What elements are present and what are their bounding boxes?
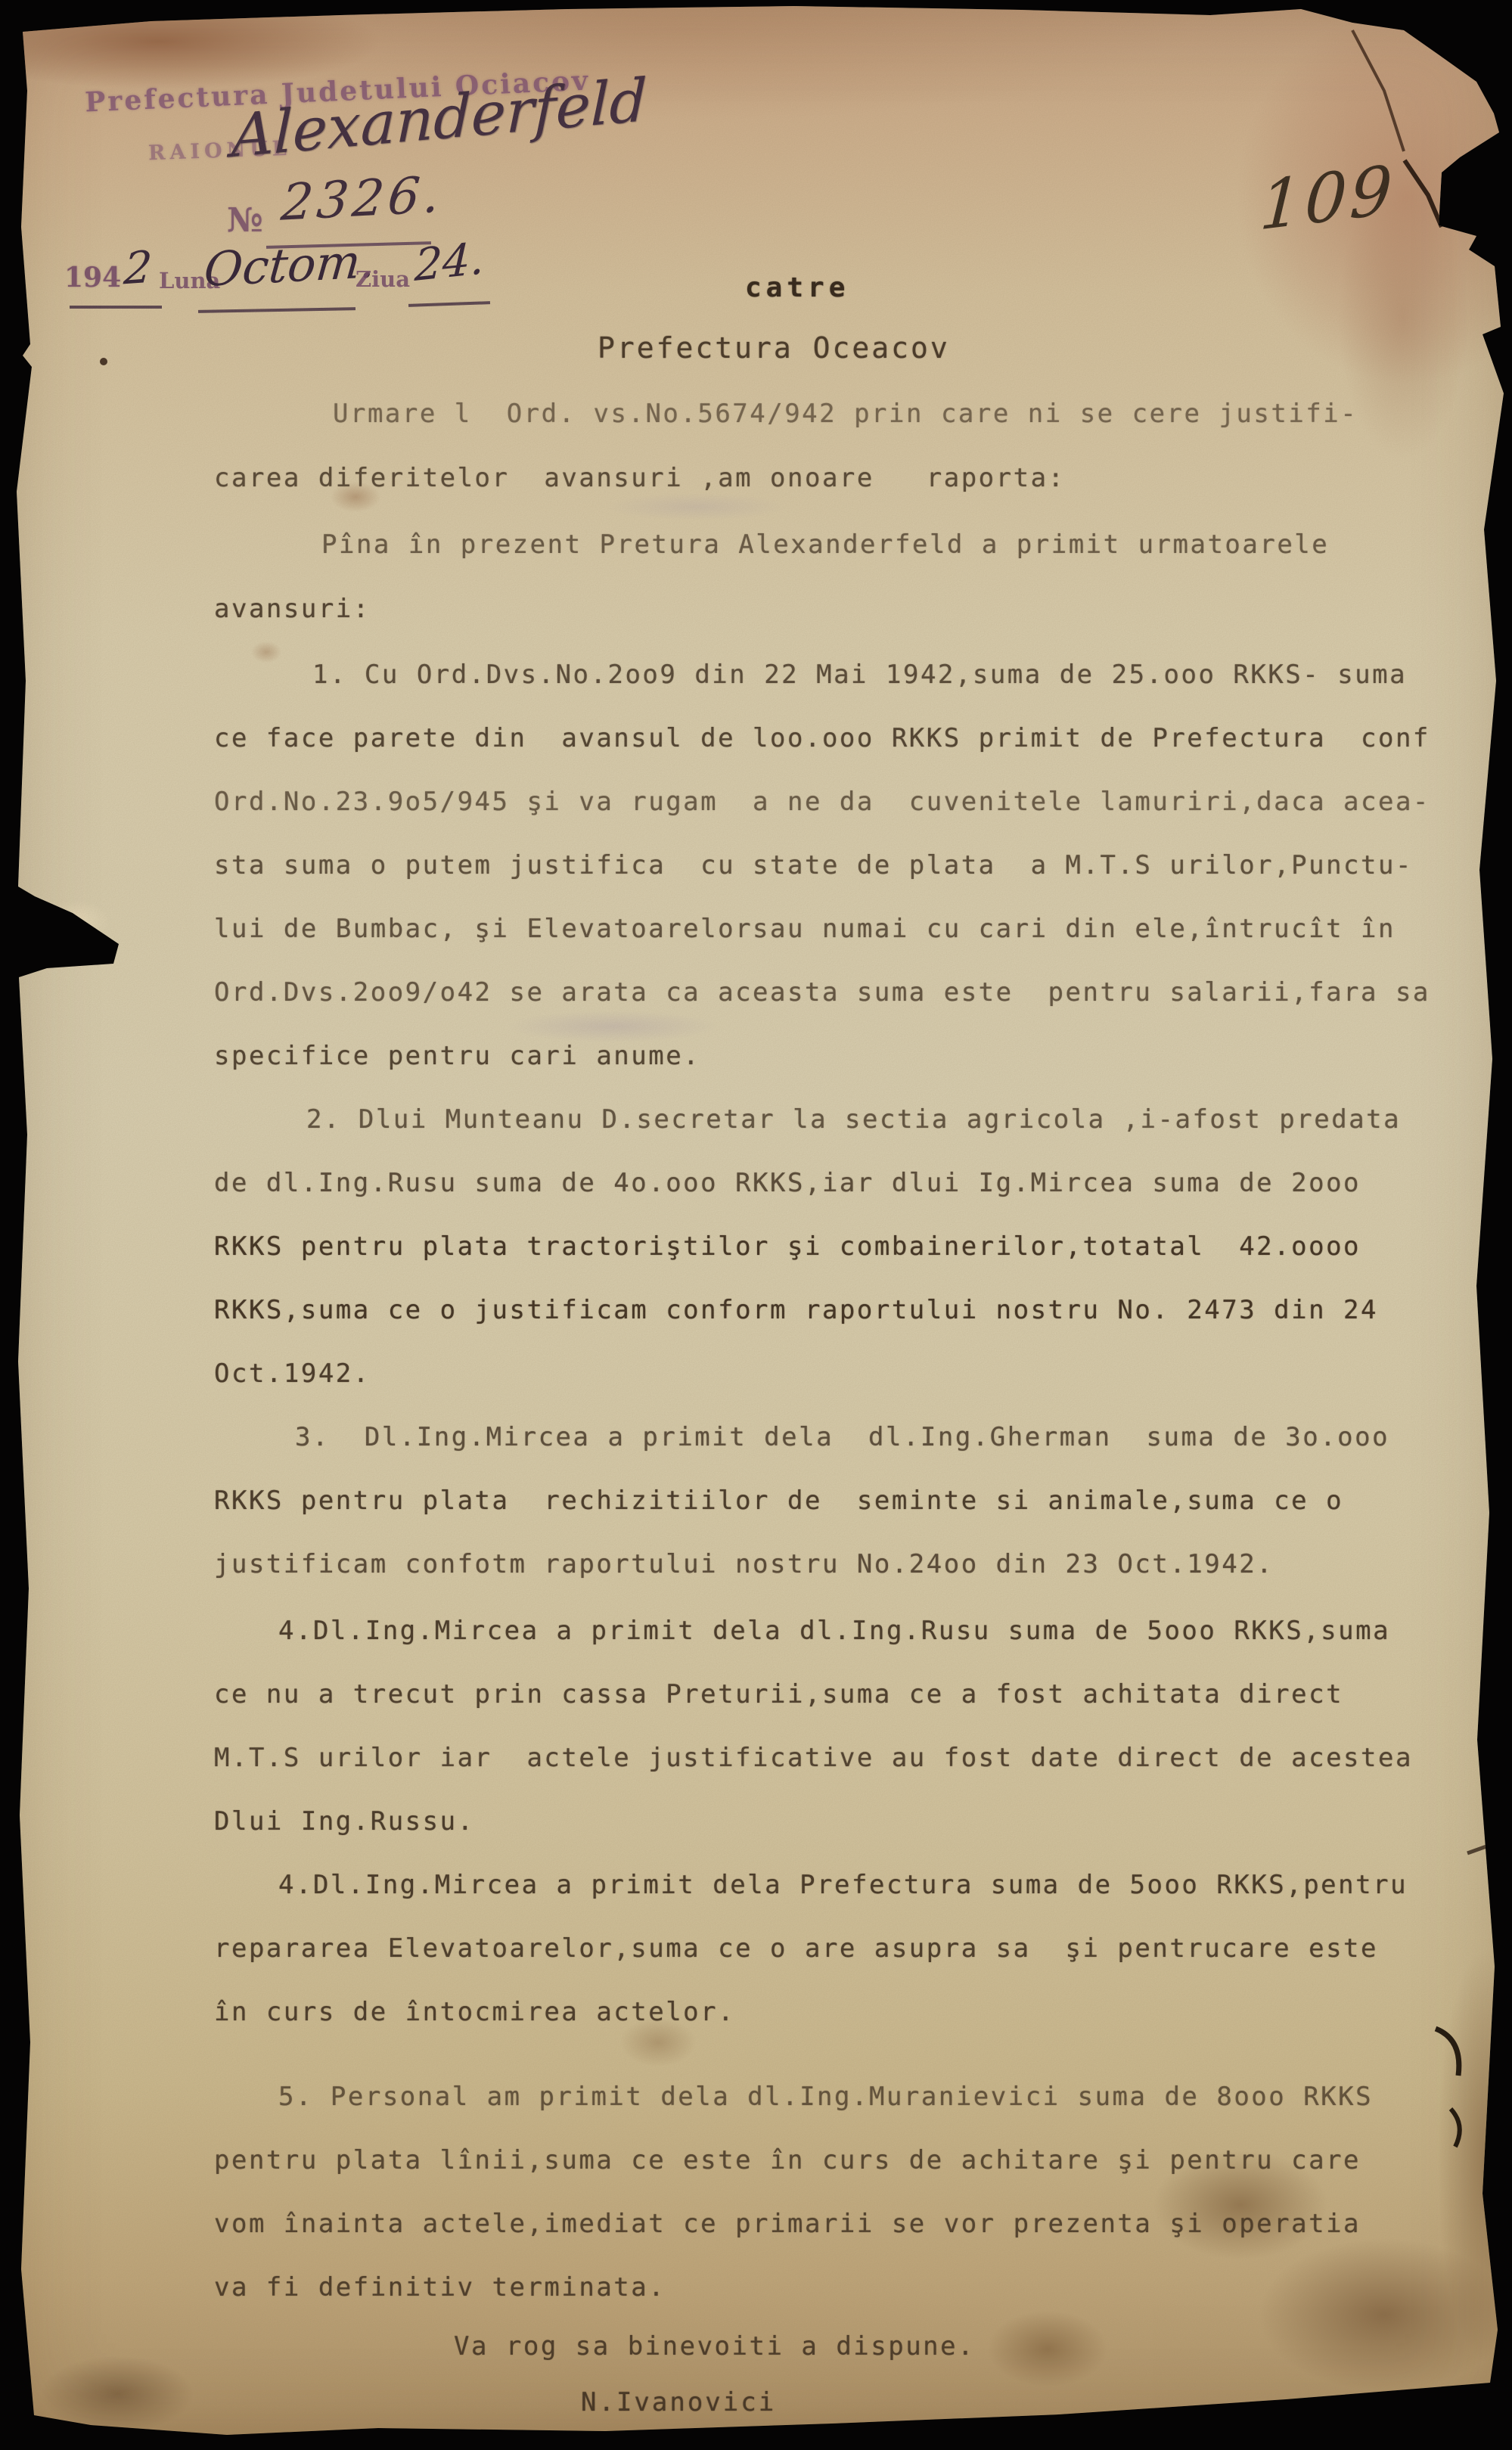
typed-line: 4.Dl.Ing.Mircea a primit dela Prefectura… [278, 1870, 1408, 1900]
typed-line: în curs de întocmirea actelor. [214, 1997, 735, 2027]
typed-line: 1. Cu Ord.Dvs.No.2oo9 din 22 Mai 1942,su… [312, 660, 1407, 690]
typed-line: avansuri: [214, 594, 371, 624]
typed-line: vom înainta actele,imediat ce primarii s… [214, 2209, 1361, 2239]
typed-line: va fi definitiv terminata. [214, 2272, 666, 2303]
typed-line: ce nu a trecut prin cassa Preturii,suma … [214, 1679, 1343, 1709]
typed-line: 4.Dl.Ing.Mircea a primit dela dl.Ing.Rus… [278, 1616, 1390, 1646]
closing-line: Va rog sa binevoiti a dispune. [454, 2331, 975, 2362]
typed-line: justificam confotm raportului nostru No.… [214, 1549, 1274, 1579]
typed-line: Urmare l Ord. vs.No.5674/942 prin care n… [333, 399, 1358, 429]
typed-body: Urmare l Ord. vs.No.5674/942 prin care n… [0, 0, 1512, 2450]
typed-line: pentru plata lînii,suma ce este în curs … [214, 2145, 1361, 2175]
typed-line: 3. Dl.Ing.Mircea a primit dela dl.Ing.Gh… [295, 1422, 1389, 1452]
typed-line: M.T.S urilor iar actele justificative au… [214, 1743, 1413, 1773]
typed-line: de dl.Ing.Rusu suma de 4o.ooo RKKS,iar d… [214, 1168, 1361, 1198]
typed-line: Ord.No.23.9o5/945 şi va rugam a ne da cu… [214, 787, 1430, 817]
typed-line: Dlui Ing.Russu. [214, 1806, 475, 1837]
paper-sheet: Prefectura Judetului Ociacov RAIONUL Ale… [0, 0, 1512, 2450]
typed-line: Pîna în prezent Pretura Alexanderfeld a … [321, 529, 1329, 560]
typed-line: RKKS pentru plata rechizitiilor de semin… [214, 1486, 1343, 1516]
typed-line: 2. Dlui Munteanu D.secretar la sectia ag… [306, 1104, 1401, 1135]
typed-line: Oct.1942. [214, 1359, 371, 1389]
typed-line: carea diferitelor avansuri ,am onoare ra… [214, 463, 1066, 493]
typed-line: sta suma o putem justifica cu state de p… [214, 850, 1413, 880]
signature: N.Ivanovici [581, 2387, 776, 2417]
typed-line: repararea Elevatoarelor,suma ce o are as… [214, 1933, 1378, 1964]
typed-line: lui de Bumbac, şi Elevatoarelorsau numai… [214, 914, 1396, 944]
typed-line: 5. Personal am primit dela dl.Ing.Murani… [278, 2082, 1373, 2112]
typed-line: Ord.Dvs.2oo9/o42 se arata ca aceasta sum… [214, 977, 1430, 1008]
typed-line: RKKS,suma ce o justificam conform raport… [214, 1295, 1378, 1325]
typed-line: specifice pentru cari anume. [214, 1041, 700, 1071]
typed-line: ce face parete din avansul de loo.ooo RK… [214, 723, 1430, 753]
typed-line: RKKS pentru plata tractoriştilor şi comb… [214, 1231, 1361, 1262]
document-scan: Prefectura Judetului Ociacov RAIONUL Ale… [0, 0, 1512, 2450]
